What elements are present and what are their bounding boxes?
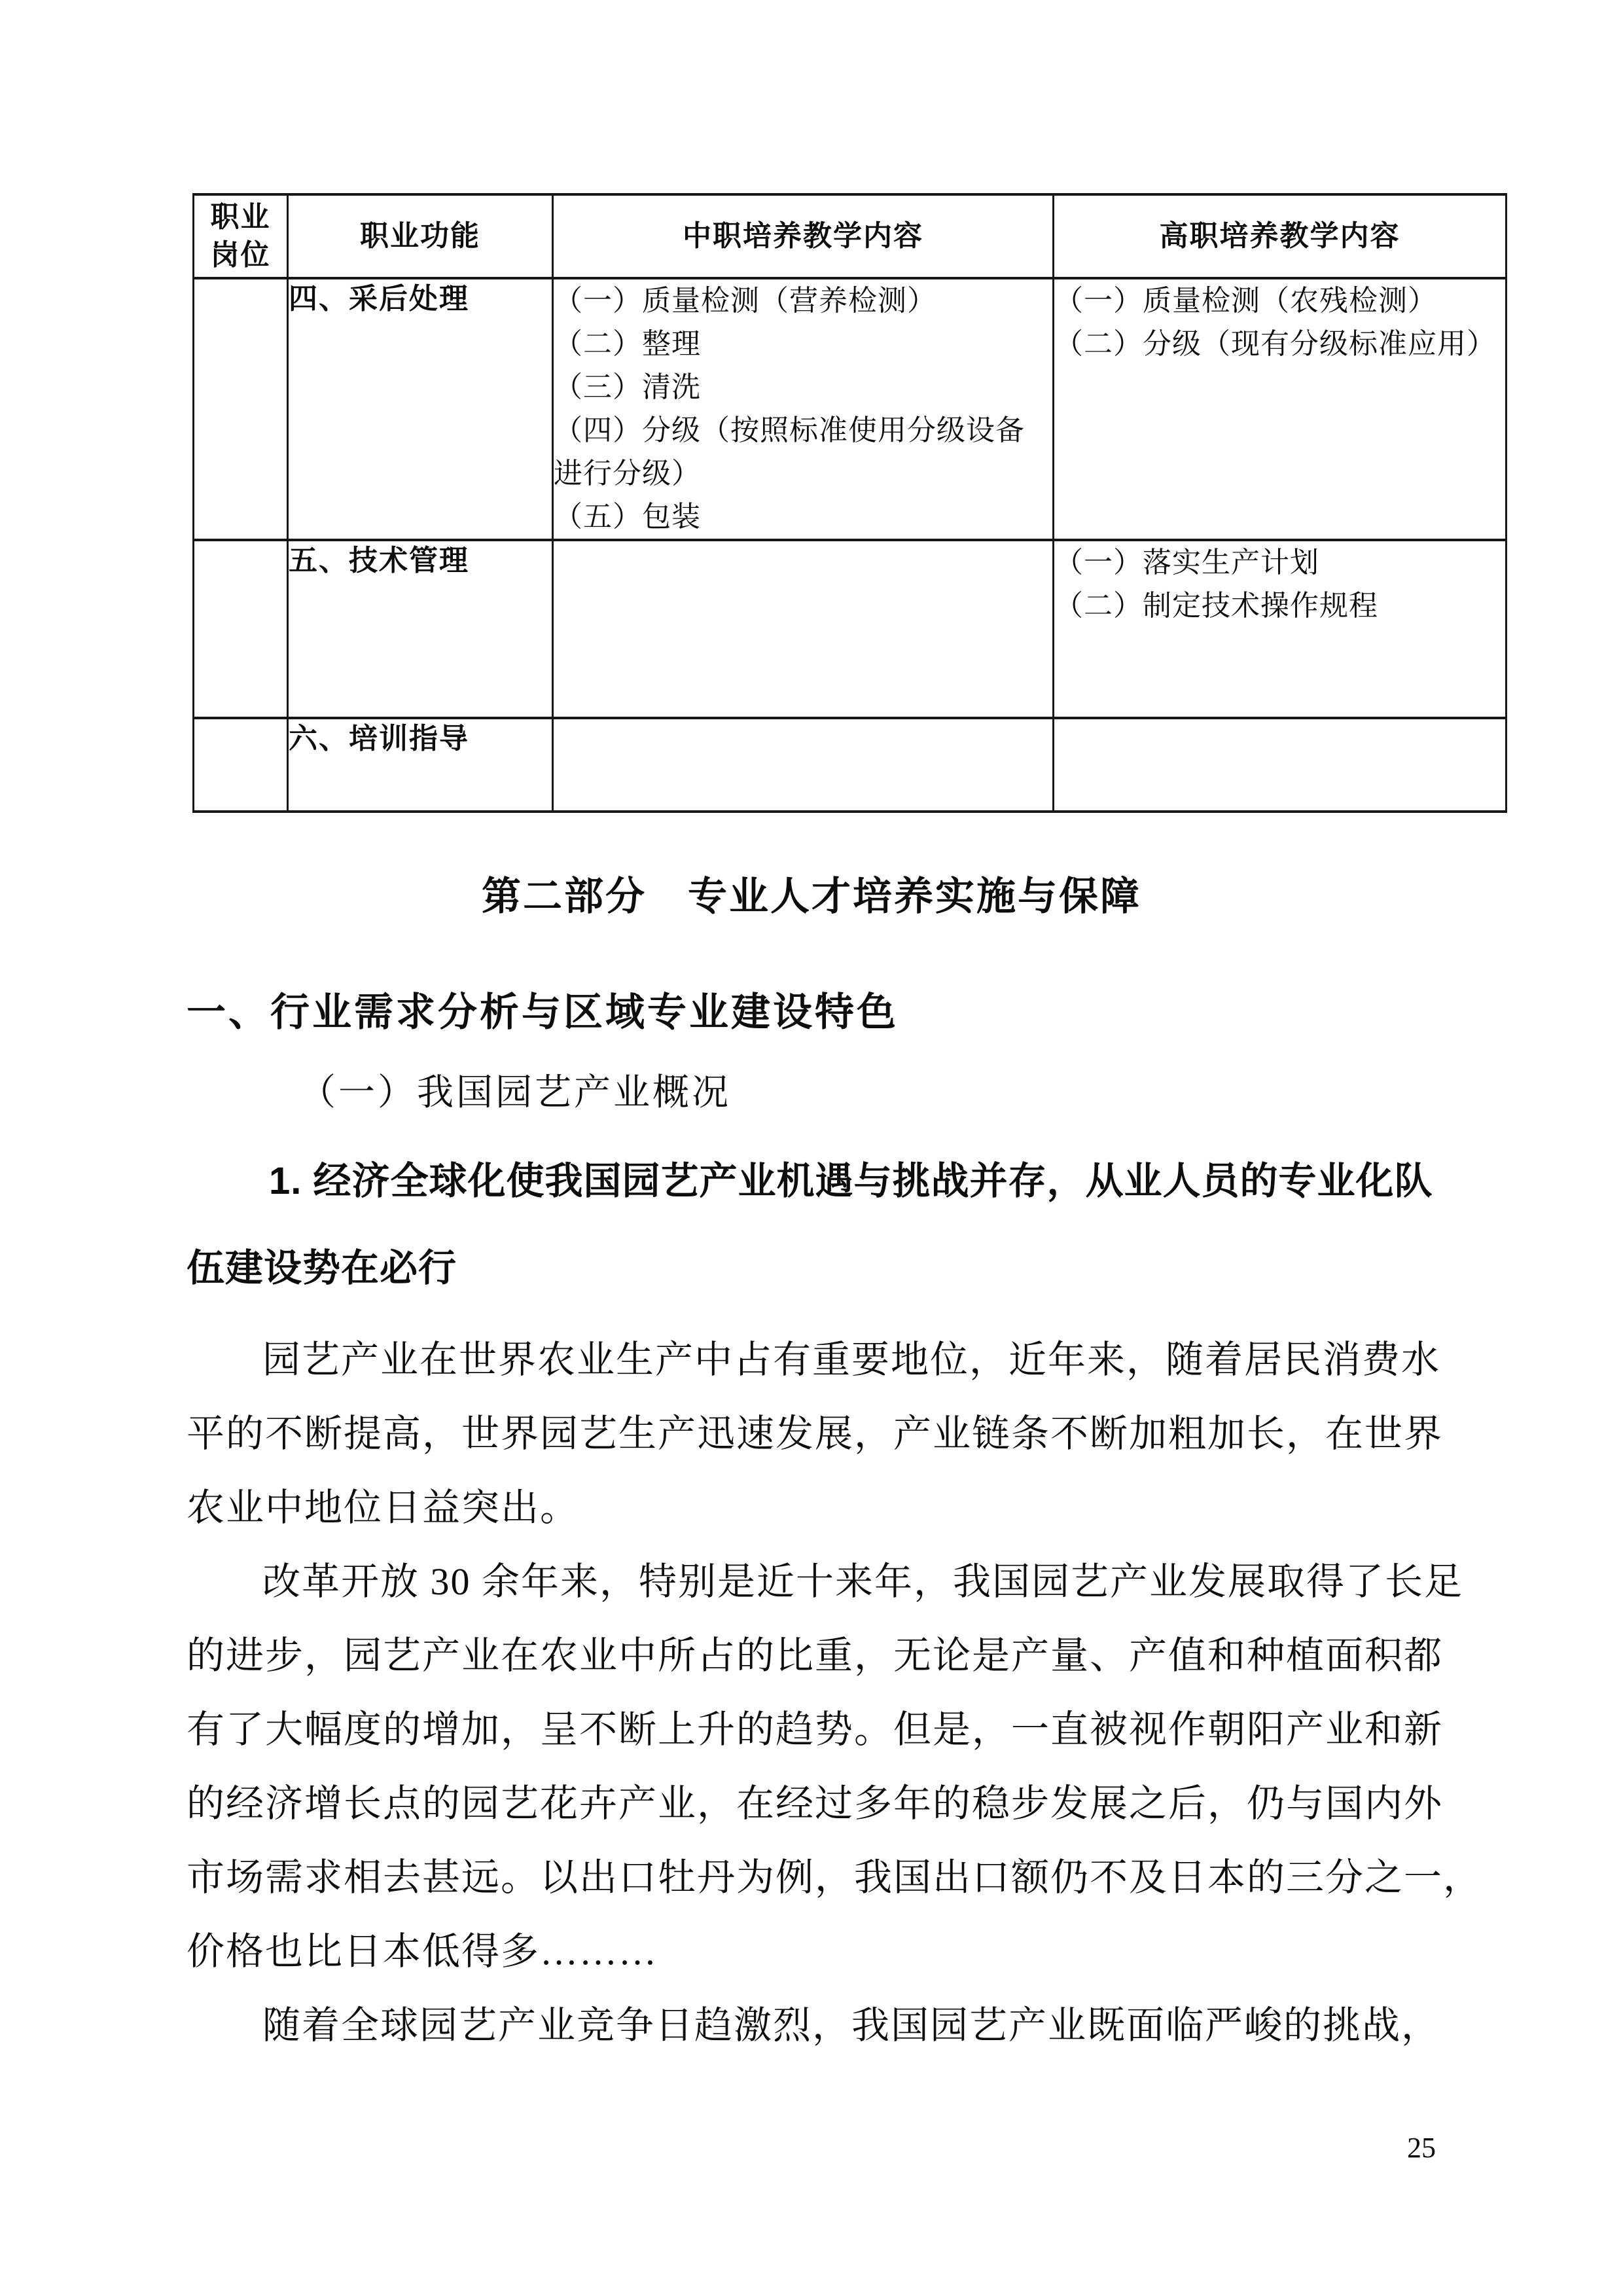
- page-number: 25: [1407, 2128, 1466, 2168]
- list-item: （四）分级（按照标准使用分级设备进行分级）: [554, 409, 1052, 495]
- header-cell-secondary: 中职培养教学内容: [553, 194, 1054, 278]
- table-row-training: 六、培训指导: [194, 718, 1507, 812]
- list-item: （一）落实生产计划: [1054, 541, 1505, 584]
- cell-higher-content: （一）质量检测（农残检测） （二）分级（现有分级标准应用）: [1054, 278, 1507, 540]
- header-position-line1: 职业: [194, 198, 287, 236]
- list-item: （三）清洗: [554, 366, 1052, 409]
- cell-position-empty: [194, 718, 288, 812]
- cell-higher-content: [1054, 718, 1507, 812]
- cell-higher-content: （一）落实生产计划 （二）制定技术操作规程: [1054, 540, 1507, 718]
- body-text: 园艺产业在世界农业生产中占有重要地位，近年来，随着居民消费水 平的不断提高，世界…: [187, 1323, 1450, 2062]
- header-position-stack: 职业 岗位: [194, 198, 287, 274]
- body-line: 有了大幅度的增加，呈不断上升的趋势。但是，一直被视作朝阳产业和新: [187, 1693, 1450, 1767]
- cell-function: 四、采后处理: [288, 278, 553, 540]
- body-line: 农业中地位日益突出。: [187, 1471, 1450, 1545]
- header-cell-position: 职业 岗位: [194, 194, 288, 278]
- cell-secondary-content: [553, 718, 1054, 812]
- part-title: 第二部分 专业人才培养实施与保障: [105, 869, 1518, 924]
- list-item: （二）制定技术操作规程: [1054, 584, 1505, 628]
- header-cell-function: 职业功能: [288, 194, 553, 278]
- body-line: 价格也比日本低得多………: [187, 1914, 1450, 1988]
- point-heading-line2: 伍建设势在必行: [187, 1242, 457, 1295]
- list-item: （二）分级（现有分级标准应用）: [1054, 323, 1505, 366]
- jobs-table: 职业 岗位 职业功能 中职培养教学内容 高职培养教学内容 四、采后处理 （一）质…: [192, 193, 1507, 813]
- cell-function: 五、技术管理: [288, 540, 553, 718]
- list-item: （一）质量检测（农残检测）: [1054, 279, 1505, 323]
- point-heading-line1: 1. 经济全球化使我国园艺产业机遇与挑战并存，从业人员的专业化队: [269, 1155, 1433, 1208]
- cell-secondary-content: [553, 540, 1054, 718]
- table-header-row: 职业 岗位 职业功能 中职培养教学内容 高职培养教学内容: [194, 194, 1507, 278]
- cell-secondary-content: （一）质量检测（营养检测） （二）整理 （三）清洗 （四）分级（按照标准使用分级…: [553, 278, 1054, 540]
- table-row-postharvest: 四、采后处理 （一）质量检测（营养检测） （二）整理 （三）清洗 （四）分级（按…: [194, 278, 1507, 540]
- body-line: 园艺产业在世界农业生产中占有重要地位，近年来，随着居民消费水: [187, 1323, 1450, 1397]
- body-line: 的进步，园艺产业在农业中所占的比重，无论是产量、产值和种植面积都: [187, 1619, 1450, 1693]
- body-line: 平的不断提高，世界园艺生产迅速发展，产业链条不断加粗加长，在世界: [187, 1397, 1450, 1471]
- body-line: 改革开放 30 余年来，特别是近十来年，我国园艺产业发展取得了长足: [187, 1545, 1450, 1619]
- cell-position-empty: [194, 278, 288, 540]
- subsection-heading: （一）我国园艺产业概况: [299, 1067, 731, 1119]
- body-line: 随着全球园艺产业竞争日趋激烈，我国园艺产业既面临严峻的挑战，: [187, 1988, 1450, 2062]
- list-item: （五）包装: [554, 495, 1052, 539]
- list-item: （二）整理: [554, 323, 1052, 366]
- header-position-line2: 岗位: [194, 236, 287, 274]
- document-page: 职业 岗位 职业功能 中职培养教学内容 高职培养教学内容 四、采后处理 （一）质…: [0, 0, 1623, 2296]
- header-cell-higher: 高职培养教学内容: [1054, 194, 1507, 278]
- table-row-techmgmt: 五、技术管理 （一）落实生产计划 （二）制定技术操作规程: [194, 540, 1507, 718]
- body-line: 的经济增长点的园艺花卉产业，在经过多年的稳步发展之后，仍与国内外: [187, 1767, 1450, 1840]
- section-heading: 一、行业需求分析与区域专业建设特色: [187, 985, 899, 1040]
- body-line: 市场需求相去甚远。以出口牡丹为例，我国出口额仍不及日本的三分之一，: [187, 1840, 1450, 1914]
- list-item: （一）质量检测（营养检测）: [554, 279, 1052, 323]
- cell-function: 六、培训指导: [288, 718, 553, 812]
- cell-position-empty: [194, 540, 288, 718]
